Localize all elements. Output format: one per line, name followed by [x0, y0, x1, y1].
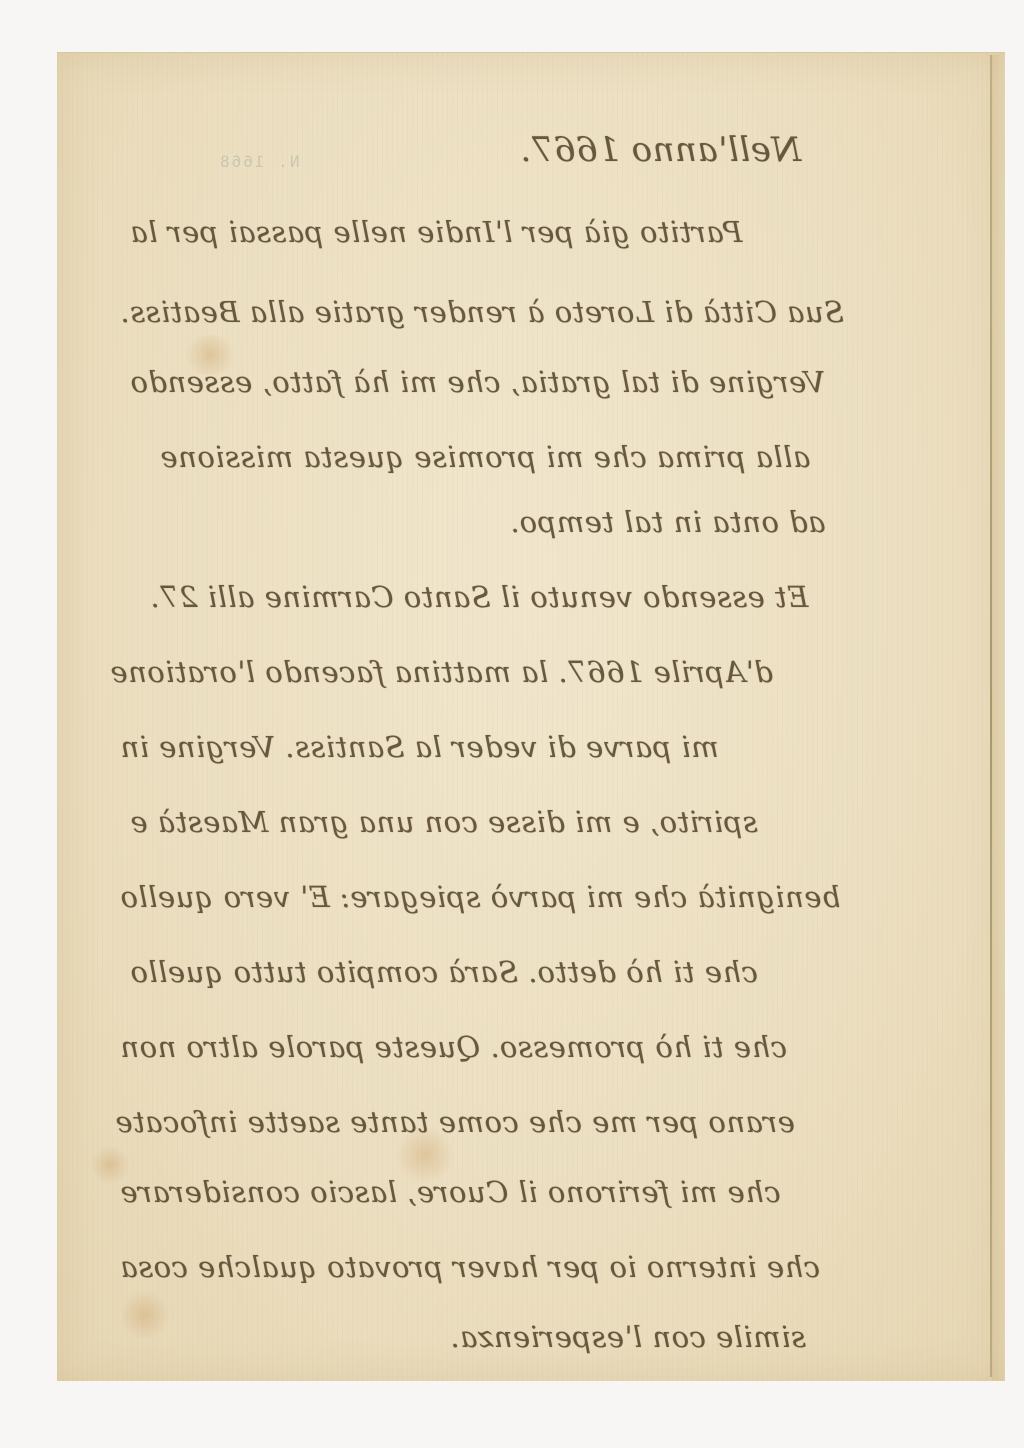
text-line: Et essendo venuto il Santo Carmine alli … — [150, 580, 808, 614]
text-line: erano per me che come tante saette infoc… — [115, 1105, 795, 1139]
text-line: mi parve di veder la Santiss. Vergine in — [120, 730, 719, 764]
text-line: Sua Città di Loreto à render gratie alla… — [120, 295, 844, 329]
text-line: che mi ferirono il Cuore, lascio conside… — [120, 1175, 781, 1209]
text-line: che interno io per haver provato qualche… — [120, 1250, 820, 1284]
text-line: Partito già per l'Indie nelle passai per… — [130, 215, 742, 249]
text-line: simile con l'esperienza. — [450, 1320, 806, 1354]
text-line: che ti hò detto. Sarà compito tutto quel… — [130, 955, 758, 989]
text-line: benignità che mi parvò spiegare: E' vero… — [120, 880, 841, 914]
text-line: ad onta in tal tempo. — [510, 505, 826, 539]
text-line: Vergine di tal gratia, che mi hà fatto, … — [130, 365, 825, 399]
text-line: d'Aprile 1667. la mattina facendo l'orat… — [110, 655, 773, 689]
foxing-stain — [120, 1290, 170, 1340]
text-line: spirito, e mi disse con una gran Maestà … — [130, 805, 758, 839]
binding-margin — [992, 55, 1005, 1380]
heading-line: Nell'anno 1667. — [520, 130, 801, 170]
text-line: alla prima che mi promise questa mission… — [160, 440, 810, 474]
faint-stamp: N. 1668 — [218, 152, 299, 171]
text-line: che ti hò promesso. Queste parole altro … — [120, 1030, 787, 1064]
scan-canvas: N. 1668 Nell'anno 1667. Partito già per … — [0, 0, 1024, 1448]
